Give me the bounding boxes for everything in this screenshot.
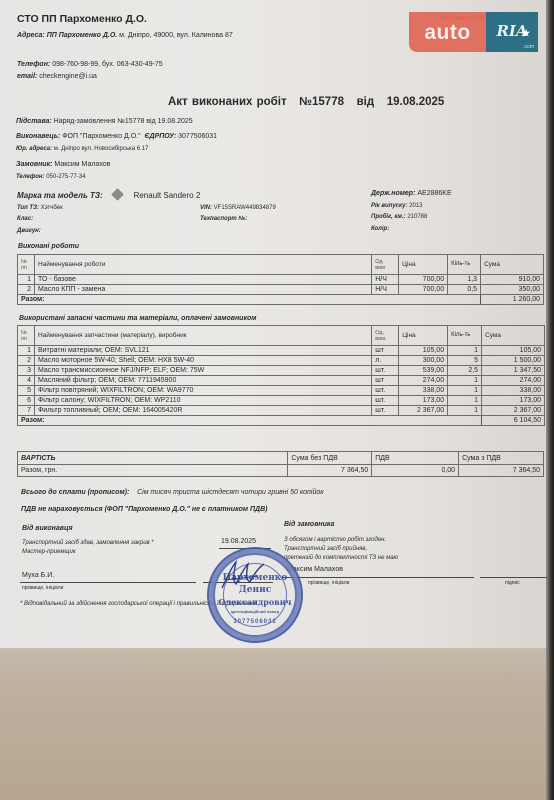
cell-sum: 2 367,00 bbox=[482, 406, 545, 416]
cell-price: 173,00 bbox=[399, 396, 448, 406]
cell-unit: Н/Ч bbox=[372, 285, 399, 295]
email-label: email: bbox=[17, 73, 37, 80]
cell-unit: л. bbox=[372, 356, 399, 366]
cost-table: ВАРТІСТЬ Сума без ПДВ ПДВ Сума з ПДВ Раз… bbox=[17, 451, 544, 477]
cell-unit: шт bbox=[372, 376, 399, 386]
year-label: Рік випуску: bbox=[371, 203, 407, 209]
cell-sum: 1 347,50 bbox=[482, 366, 545, 376]
act-from: від bbox=[357, 96, 375, 108]
company-phone: Телефон: 098-760-98-99, бух. 063-430-49-… bbox=[17, 61, 163, 68]
executor-line: Виконавець: ФОП "Пархоменко Д.О." ЄДРПОУ… bbox=[16, 133, 217, 140]
header-unit: Од.вим. bbox=[372, 326, 399, 346]
customer-line: Замовник: Максим Малахов bbox=[16, 161, 110, 168]
header-no: №пп bbox=[18, 255, 35, 275]
engine-label: Двигун: bbox=[17, 228, 41, 234]
total-label: Разом: bbox=[18, 416, 482, 426]
edrpou-label: ЄДРПОУ: bbox=[144, 133, 176, 140]
cell-name: Фильтр топливный; OEM; OEM: 164005420R bbox=[34, 406, 371, 416]
legal-address-value: м. Дніпро вул. Новосибірська 6.17 bbox=[54, 146, 149, 152]
vin-line: VIN: VF15SRAW449834879 bbox=[200, 205, 276, 211]
cell-sum: 350,00 bbox=[481, 285, 544, 295]
cell-qty: 1 bbox=[448, 376, 482, 386]
cell-name: Масло моторное 5W-40; Shell; OEM: HX8 5W… bbox=[34, 356, 371, 366]
customer-text-2: Транспортний засіб прийняв, bbox=[284, 546, 367, 552]
table-row: 3Масло трансмиссионное NFJ/NFP; ELF; OEM… bbox=[18, 366, 545, 376]
cell-no: 1 bbox=[18, 275, 35, 285]
stamp-line-3: Олександрович bbox=[209, 597, 301, 607]
edrpou-value: 3077506031 bbox=[178, 133, 217, 140]
cell-qty: 1 bbox=[448, 406, 482, 416]
cell-sum: 173,00 bbox=[482, 396, 545, 406]
signature-scribble bbox=[218, 558, 268, 593]
cell-unit: шт bbox=[372, 346, 399, 356]
type-label: Тип ТЗ: bbox=[17, 205, 39, 211]
executor-name-caption: прізвище, ініціали bbox=[22, 585, 63, 591]
act-number: №15778 bbox=[299, 96, 344, 108]
executor-value: ФОП "Пархоменко Д.О." bbox=[62, 133, 140, 140]
works-section-title: Виконані роботи bbox=[18, 243, 79, 250]
customer-phone-line: Телефон: 050-275-77-34 bbox=[16, 174, 86, 180]
payment-words-label: Всього до сплати (прописом): bbox=[21, 489, 129, 496]
sign-date: 19.08.2025 bbox=[221, 538, 256, 545]
vat-value: 0,00 bbox=[372, 465, 459, 477]
table-row: 1ТО - базовеН/Ч700,001,3910,00 bbox=[18, 275, 544, 285]
customer-name-underline bbox=[283, 577, 474, 578]
cell-unit: шт. bbox=[372, 386, 399, 396]
executor-section-title: Від виконавця bbox=[22, 525, 73, 532]
header-unit: Одвим bbox=[372, 255, 399, 275]
type-value: Хэтчбек bbox=[41, 205, 63, 211]
header-sum: Сума bbox=[482, 326, 545, 346]
cell-sum: 105,00 bbox=[482, 346, 545, 356]
company-name: СТО ПП Пархоменко Д.О. bbox=[17, 13, 147, 25]
cell-price: 539,00 bbox=[399, 366, 448, 376]
with-vat-label: Сума з ПДВ bbox=[459, 452, 544, 465]
cell-sum: 910,00 bbox=[481, 275, 544, 285]
header-price: Ціна bbox=[399, 326, 448, 346]
table-row: 2Масло моторное 5W-40; Shell; OEM: HX8 5… bbox=[18, 356, 545, 366]
cell-name: Витратні матеріали; OEM: SVL121 bbox=[34, 346, 371, 356]
legal-address-line: Юр. адреса: м. Дніпро вул. Новосибірська… bbox=[16, 146, 148, 152]
payment-words-value: Сім тисяч триста шістдесят чотири гривні… bbox=[137, 489, 323, 496]
works-table: №ппНайменування роботиОдвимЦінаКіль-тьСу… bbox=[17, 254, 544, 305]
autoria-logo[interactable]: auto Мы в соцсетях AUTO.RIA RIA ★ .com bbox=[409, 12, 538, 52]
basis-value: Наряд-замовлення №15778 від 19.08.2025 bbox=[54, 118, 193, 125]
header-qty: Кіль-ть bbox=[448, 326, 482, 346]
header-no: №пп bbox=[18, 326, 35, 346]
no-vat-label: Сума без ПДВ bbox=[288, 452, 372, 465]
cell-unit: Н/Ч bbox=[372, 275, 399, 285]
vehicle-type-line: Тип ТЗ: Хэтчбек bbox=[17, 205, 63, 211]
cost-row-label: Разом, грн. bbox=[18, 465, 288, 477]
cell-unit: шт. bbox=[372, 406, 399, 416]
executor-text-1: Транспортний засіб здав, замовлення закр… bbox=[22, 540, 154, 546]
customer-value: Максим Малахов bbox=[54, 161, 110, 168]
plate-line: Держ.номер: AE2886KE bbox=[371, 190, 452, 197]
cell-price: 338,00 bbox=[399, 386, 448, 396]
cell-price: 2 367,00 bbox=[399, 406, 448, 416]
table-row: 2Масло КПП - заменаН/Ч700,000,5350,00 bbox=[18, 285, 544, 295]
cell-price: 274,00 bbox=[399, 376, 448, 386]
address-value: ПП Пархоменко Д.О. bbox=[47, 32, 118, 39]
mileage-label: Пробіг, км.: bbox=[371, 214, 406, 220]
plate-label: Держ.номер: bbox=[371, 190, 415, 197]
model-label: Марка та модель ТЗ: bbox=[17, 191, 103, 200]
company-address: Адреса: ПП Пархоменко Д.О. м. Дніпро, 49… bbox=[17, 32, 233, 39]
cell-qty: 1 bbox=[448, 386, 482, 396]
table-row: 6Фільтр салону; WIXFILTRON; OEM: WP2110ш… bbox=[18, 396, 545, 406]
with-vat-value: 7 364,50 bbox=[459, 465, 544, 477]
vin-value: VF15SRAW449834879 bbox=[214, 205, 276, 211]
passport-label: Техпаспорт №: bbox=[200, 216, 247, 222]
cell-name: Масло КПП - замена bbox=[34, 285, 371, 295]
cell-no: 1 bbox=[18, 346, 35, 356]
year-line: Рік випуску: 2013 bbox=[371, 203, 423, 209]
vehicle-model-line: Марка та модель ТЗ: Renault Sandero 2 bbox=[17, 190, 200, 200]
signature-caption: підпис bbox=[505, 580, 520, 586]
cell-price: 700,00 bbox=[399, 275, 448, 285]
address-rest: м. Дніпро, 49000, вул. Калинова 87 bbox=[119, 32, 233, 39]
stamp-line-4: ідентифікаційний номер bbox=[209, 609, 301, 614]
customer-sign-underline bbox=[480, 577, 547, 578]
act-title-text: Акт виконаних робіт bbox=[168, 96, 287, 108]
year-value: 2013 bbox=[409, 203, 422, 209]
executor-name: Муха Б.И. bbox=[22, 572, 54, 579]
cell-qty: 1 bbox=[448, 396, 482, 406]
cell-unit: шт. bbox=[372, 396, 399, 406]
customer-name-caption: прізвище, ініціали bbox=[308, 580, 349, 586]
header-sum: Сума bbox=[481, 255, 544, 275]
customer-text-3: претензій до комплектності ТЗ не маю bbox=[284, 555, 398, 561]
cell-no: 2 bbox=[18, 356, 35, 366]
page-edge-shadow bbox=[546, 0, 554, 800]
mileage-line: Пробіг, км.: 210788 bbox=[371, 214, 427, 220]
stamp-line-5: 3077506031 bbox=[209, 619, 301, 625]
cell-no: 2 bbox=[18, 285, 35, 295]
cell-sum: 338,00 bbox=[482, 386, 545, 396]
table-row: 7Фильтр топливный; OEM; OEM: 164005420Rш… bbox=[18, 406, 545, 416]
class-label: Клас: bbox=[17, 216, 33, 222]
header-name: Найменування роботи bbox=[34, 255, 371, 275]
customer-section-title: Від замовника bbox=[284, 521, 334, 528]
cell-name: ТО - базове bbox=[34, 275, 371, 285]
no-vat-value: 7 364,50 bbox=[288, 465, 372, 477]
header-price: Ціна bbox=[399, 255, 448, 275]
customer-phone-label: Телефон: bbox=[16, 174, 45, 180]
executor-name-underline bbox=[20, 582, 196, 583]
total-value: 6 104,50 bbox=[482, 416, 545, 426]
basis-label: Підстава: bbox=[16, 118, 52, 125]
header-qty: Кіль-ть bbox=[448, 255, 481, 275]
cell-qty: 5 bbox=[448, 356, 482, 366]
cell-qty: 1,3 bbox=[448, 275, 481, 285]
table-row: 1Витратні матеріали; OEM: SVL121шт105,00… bbox=[18, 346, 545, 356]
page-title: Акт виконаних робіт №15778 від 19.08.202… bbox=[168, 96, 444, 108]
executor-text-2: Мастер-приемщик bbox=[22, 549, 76, 555]
cell-price: 105,00 bbox=[399, 346, 448, 356]
parts-table: №ппНайменування запчастини (матеріалу), … bbox=[17, 325, 545, 426]
cell-name: Фільтр салону; WIXFILTRON; OEM: WP2110 bbox=[34, 396, 371, 406]
mileage-value: 210788 bbox=[407, 214, 427, 220]
logo-com-suffix: .com bbox=[523, 44, 534, 50]
basis-line: Підстава: Наряд-замовлення №15778 від 19… bbox=[16, 118, 193, 125]
cell-no: 7 bbox=[18, 406, 35, 416]
parts-section-title: Використані запасні частини та матеріали… bbox=[19, 315, 256, 322]
total-label: Разом: bbox=[18, 295, 481, 305]
total-value: 1 260,00 bbox=[481, 295, 544, 305]
cell-name: Масляний фільтр; OEM; OEM: 7711945900 bbox=[34, 376, 371, 386]
model-value: Renault Sandero 2 bbox=[134, 191, 201, 200]
plate-value: AE2886KE bbox=[417, 190, 451, 197]
table-row: 5Фільтр повітряний; WIXFILTRON; OEM: WA9… bbox=[18, 386, 545, 396]
cell-no: 5 bbox=[18, 386, 35, 396]
logo-ria-part: RIA ★ .com bbox=[486, 12, 538, 52]
table-row: 4Масляний фільтр; OEM; OEM: 7711945900шт… bbox=[18, 376, 545, 386]
vin-label: VIN: bbox=[200, 205, 212, 211]
payment-words-line: Всього до сплати (прописом): Сім тисяч т… bbox=[21, 489, 324, 496]
cell-name: Фільтр повітряний; WIXFILTRON; OEM: WA97… bbox=[34, 386, 371, 396]
cell-qty: 0,5 bbox=[448, 285, 481, 295]
act-date: 19.08.2025 bbox=[387, 96, 445, 108]
cell-no: 6 bbox=[18, 396, 35, 406]
vat-label: ПДВ bbox=[372, 452, 459, 465]
executor-label: Виконавець: bbox=[16, 133, 60, 140]
cell-no: 4 bbox=[18, 376, 35, 386]
cell-sum: 1 500,00 bbox=[482, 356, 545, 366]
phone-value: 098-760-98-99, бух. 063-430-49-75 bbox=[52, 61, 162, 68]
legal-address-label: Юр. адреса: bbox=[16, 146, 52, 152]
cell-price: 300,00 bbox=[399, 356, 448, 366]
cell-sum: 274,00 bbox=[482, 376, 545, 386]
cell-price: 700,00 bbox=[399, 285, 448, 295]
customer-label: Замовник: bbox=[16, 161, 52, 168]
color-label: Колір: bbox=[371, 226, 389, 232]
cost-title: ВАРТІСТЬ bbox=[18, 452, 288, 465]
renault-logo-icon bbox=[111, 188, 124, 201]
customer-text-1: З обсягом і вартістю робіт згоден. bbox=[284, 537, 386, 543]
header-name: Найменування запчастини (матеріалу), вир… bbox=[34, 326, 371, 346]
vat-note: ПДВ не нараховується (ФОП "Пархоменко Д.… bbox=[21, 506, 268, 513]
cell-unit: шт. bbox=[372, 366, 399, 376]
cell-no: 3 bbox=[18, 366, 35, 376]
cell-qty: 2,5 bbox=[448, 366, 482, 376]
cell-qty: 1 bbox=[448, 346, 482, 356]
email-value: checkengine@i.ua bbox=[39, 73, 97, 80]
address-label: Адреса: bbox=[17, 32, 45, 39]
phone-label: Телефон: bbox=[17, 61, 50, 68]
company-email: email: checkengine@i.ua bbox=[17, 73, 97, 80]
cell-name: Масло трансмиссионное NFJ/NFP; ELF; OEM:… bbox=[34, 366, 371, 376]
customer-phone-value: 050-275-77-34 bbox=[46, 174, 85, 180]
